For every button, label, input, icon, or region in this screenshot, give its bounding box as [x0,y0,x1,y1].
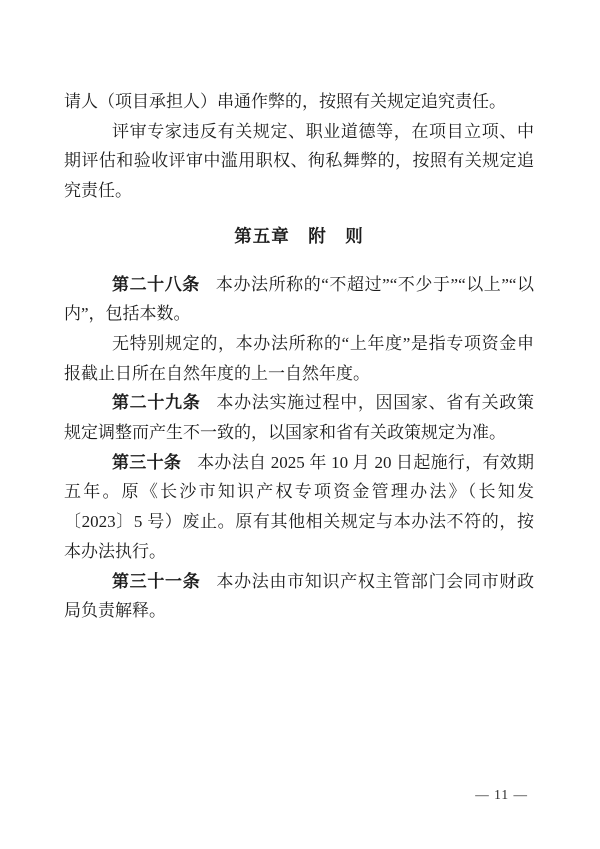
document-body: 请人（项目承担人）串通作弊的，按照有关规定追究责任。 评审专家违反有关规定、职业… [0,0,600,626]
article-30: 第三十条本办法自 2025 年 10 月 20 日起施行，有效期五年。原《长沙市… [64,448,534,567]
chapter-heading: 第五章 附 则 [64,222,534,252]
article-31: 第三十一条本办法由市知识产权主管部门会同市财政局负责解释。 [64,567,534,626]
article-30-number: 第三十条 [112,453,181,472]
document-page: 请人（项目承担人）串通作弊的，按照有关规定追究责任。 评审专家违反有关规定、职业… [0,0,600,849]
article-28: 第二十八条本办法所称的“不超过”“不少于”“以上”“以内”，包括本数。 [64,270,534,329]
article-29-number: 第二十九条 [112,393,200,412]
article-29: 第二十九条本办法实施过程中，因国家、省有关政策规定调整而产生不一致的，以国家和省… [64,388,534,447]
article-31-number: 第三十一条 [112,572,200,591]
paragraph-expert-discipline: 评审专家违反有关规定、职业道德等，在项目立项、中期评估和验收评审中滥用职权、徇私… [64,117,534,206]
paragraph-previous-year-definition: 无特别规定的，本办法所称的“上年度”是指专项资金申报截止日所在自然年度的上一自然… [64,329,534,388]
page-number: — 11 — [475,786,528,804]
paragraph-continuation: 请人（项目承担人）串通作弊的，按照有关规定追究责任。 [64,87,534,117]
article-28-number: 第二十八条 [112,275,200,294]
